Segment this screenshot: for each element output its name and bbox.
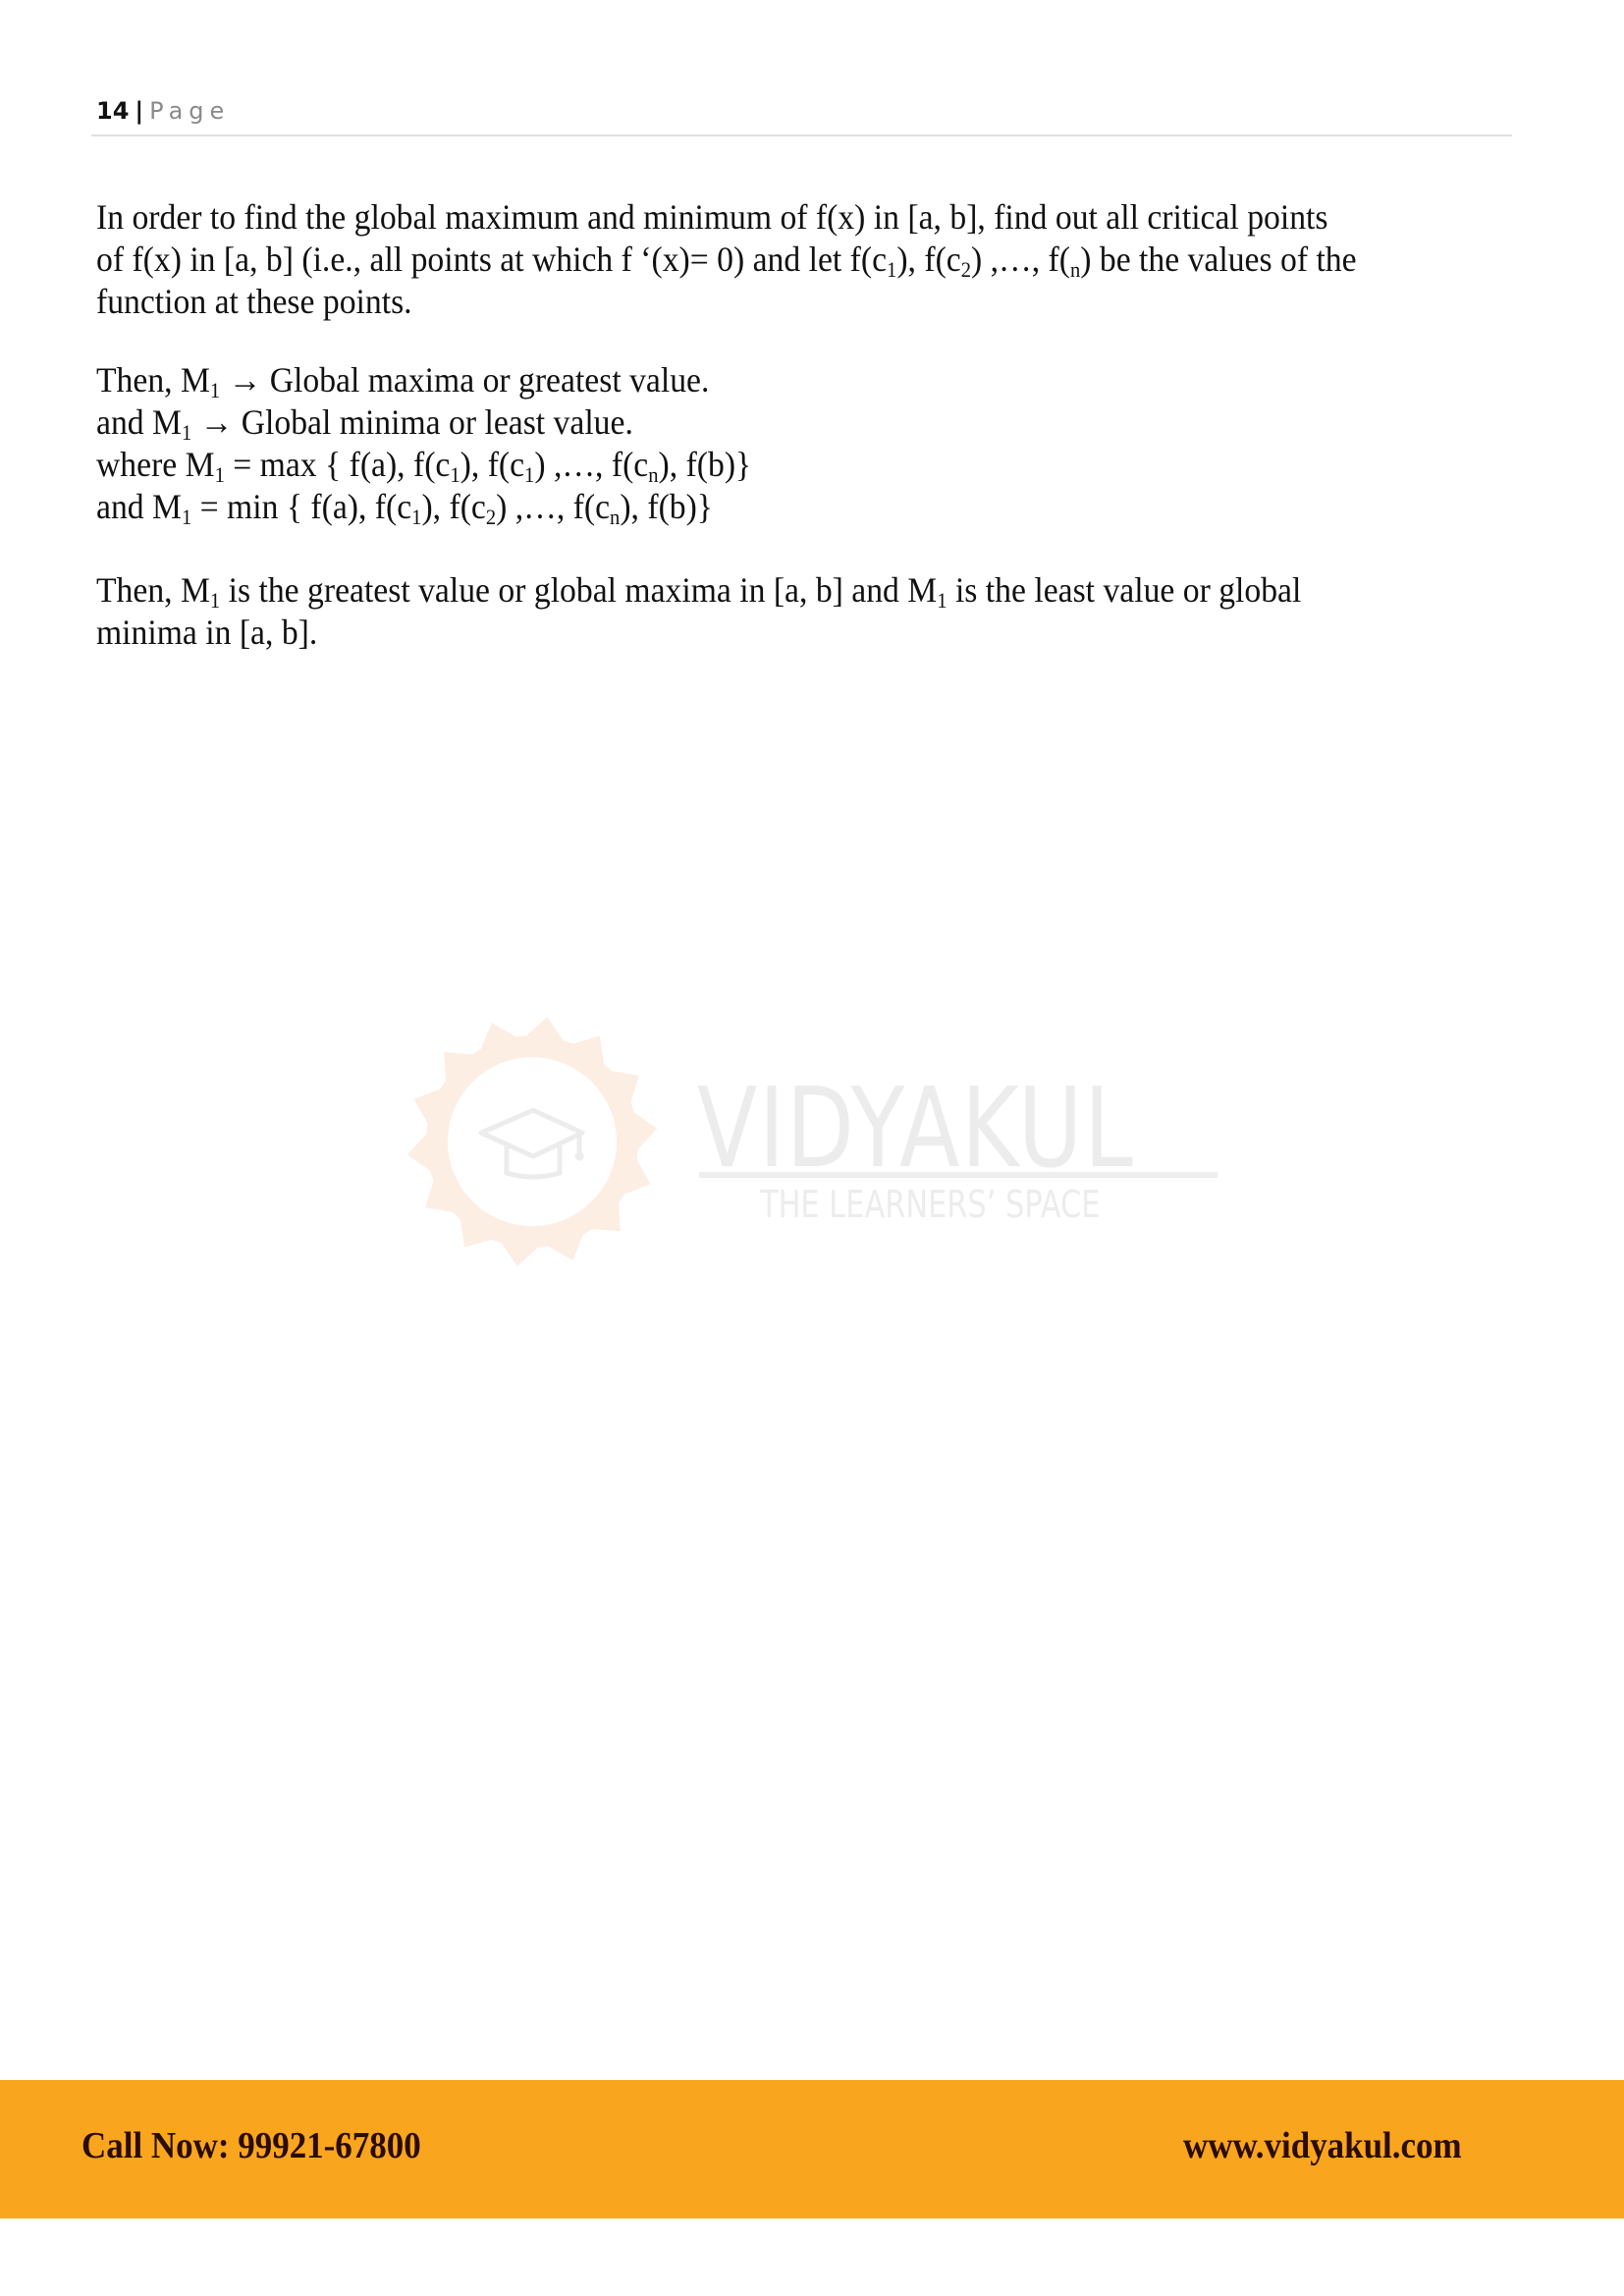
page-header: 14|Page [96, 96, 230, 126]
text-line: function at these points. [96, 281, 1565, 323]
watermark-brand: VIDYAKUL [697, 1074, 1135, 1184]
paragraph-conclusion: Then, M1 is the greatest value or global… [96, 569, 1565, 654]
footer-website-link[interactable]: www.vidyakul.com [1183, 2126, 1462, 2165]
text-line: Then, M1 is the greatest value or global… [96, 569, 1565, 612]
header-separator: | [135, 97, 143, 125]
sunburst-logo-icon [0, 0, 1624, 2296]
watermark-tagline: THE LEARNERS’ SPACE [760, 1186, 1100, 1223]
page-number: 14 [96, 97, 129, 125]
text-line: Then, M1 → Global maxima or greatest val… [96, 359, 1565, 401]
watermark-rule [699, 1172, 1218, 1178]
paragraph-definitions: Then, M1 → Global maxima or greatest val… [96, 359, 1565, 528]
text-line: minima in [a, b]. [96, 612, 1565, 654]
text-line: where M1 = max { f(a), f(c1), f(c1) ,…, … [96, 444, 1565, 486]
page-label: Page [149, 97, 230, 125]
text-line: In order to find the global maximum and … [96, 196, 1565, 239]
header-rule [91, 134, 1512, 136]
text-line: and M1 = min { f(a), f(c1), f(c2) ,…, f(… [96, 486, 1565, 528]
watermark: VIDYAKUL THE LEARNERS’ SPACE [0, 0, 1624, 2296]
paragraph-critical-points: In order to find the global maximum and … [96, 196, 1565, 323]
graduation-cap-icon [481, 1110, 582, 1177]
text-line: and M1 → Global minima or least value. [96, 401, 1565, 444]
text-line: of f(x) in [a, b] (i.e., all points at w… [96, 239, 1565, 281]
footer-call-now: Call Now: 99921-67800 [81, 2126, 421, 2165]
